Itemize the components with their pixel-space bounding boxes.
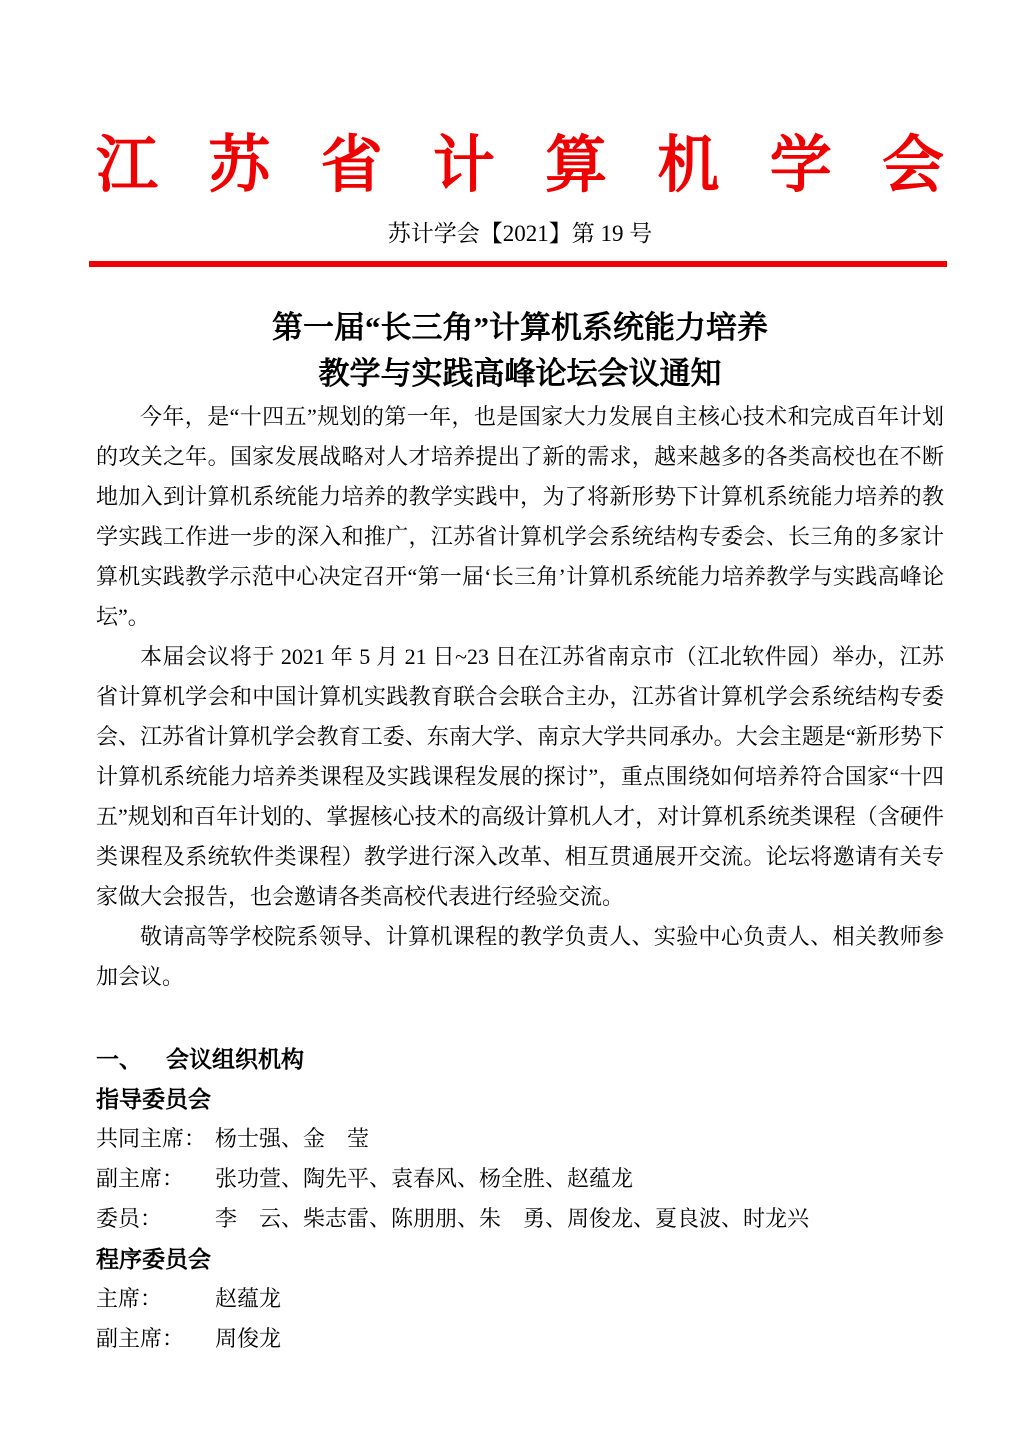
row-names: 赵蕴龙 [215,1279,944,1319]
red-divider [89,261,947,267]
org-name-header: 江 苏 省 计 算 机 学 会 [96,128,944,204]
committee-row-chair: 主席： 赵蕴龙 [96,1279,944,1319]
section-number: 一、 [96,1039,142,1079]
row-label: 副主席： [96,1319,215,1359]
body-paragraph-3: 敬请高等学校院系领导、计算机课程的教学负责人、实验中心负责人、相关教师参加会议。 [96,917,944,997]
section-heading-organization: 一、会议组织机构 [96,1039,944,1079]
document-page: 江 苏 省 计 算 机 学 会 苏计学会【2021】第 19 号 第一届“长三角… [0,0,1024,1448]
document-body: 今年，是“十四五”规划的第一年，也是国家大力发展自主核心技术和完成百年计划的攻关… [96,397,944,997]
committee-row-members: 委员： 李 云、柴志雷、陈朋朋、朱 勇、周俊龙、夏良波、时龙兴 [96,1199,944,1239]
committee-row-vicechairs: 副主席： 张功萱、陶先平、袁春风、杨全胜、赵蕴龙 [96,1159,944,1199]
doc-title: 第一届“长三角”计算机系统能力培养 教学与实践高峰论坛会议通知 [96,305,944,397]
row-label: 共同主席： [96,1119,215,1159]
row-label: 委员： [96,1199,215,1239]
doc-title-line-1: 第一届“长三角”计算机系统能力培养 [96,305,944,351]
committee-row-cochairs: 共同主席： 杨士强、金 莹 [96,1119,944,1159]
row-names: 李 云、柴志雷、陈朋朋、朱 勇、周俊龙、夏良波、时龙兴 [215,1199,944,1239]
row-names: 周俊龙 [215,1319,944,1359]
row-names: 杨士强、金 莹 [215,1119,944,1159]
body-paragraph-1: 今年，是“十四五”规划的第一年，也是国家大力发展自主核心技术和完成百年计划的攻关… [96,397,944,637]
committee-heading-program: 程序委员会 [96,1239,944,1279]
doc-number: 苏计学会【2021】第 19 号 [96,218,944,250]
row-label: 副主席： [96,1159,215,1199]
body-paragraph-2: 本届会议将于 2021 年 5 月 21 日~23 日在江苏省南京市（江北软件园… [96,637,944,917]
doc-title-line-2: 教学与实践高峰论坛会议通知 [96,351,944,397]
row-label: 主席： [96,1279,215,1319]
row-names: 张功萱、陶先平、袁春风、杨全胜、赵蕴龙 [215,1159,944,1199]
committee-row-vicechair: 副主席： 周俊龙 [96,1319,944,1359]
section-title: 会议组织机构 [166,1046,304,1072]
committee-heading-steering: 指导委员会 [96,1079,944,1119]
